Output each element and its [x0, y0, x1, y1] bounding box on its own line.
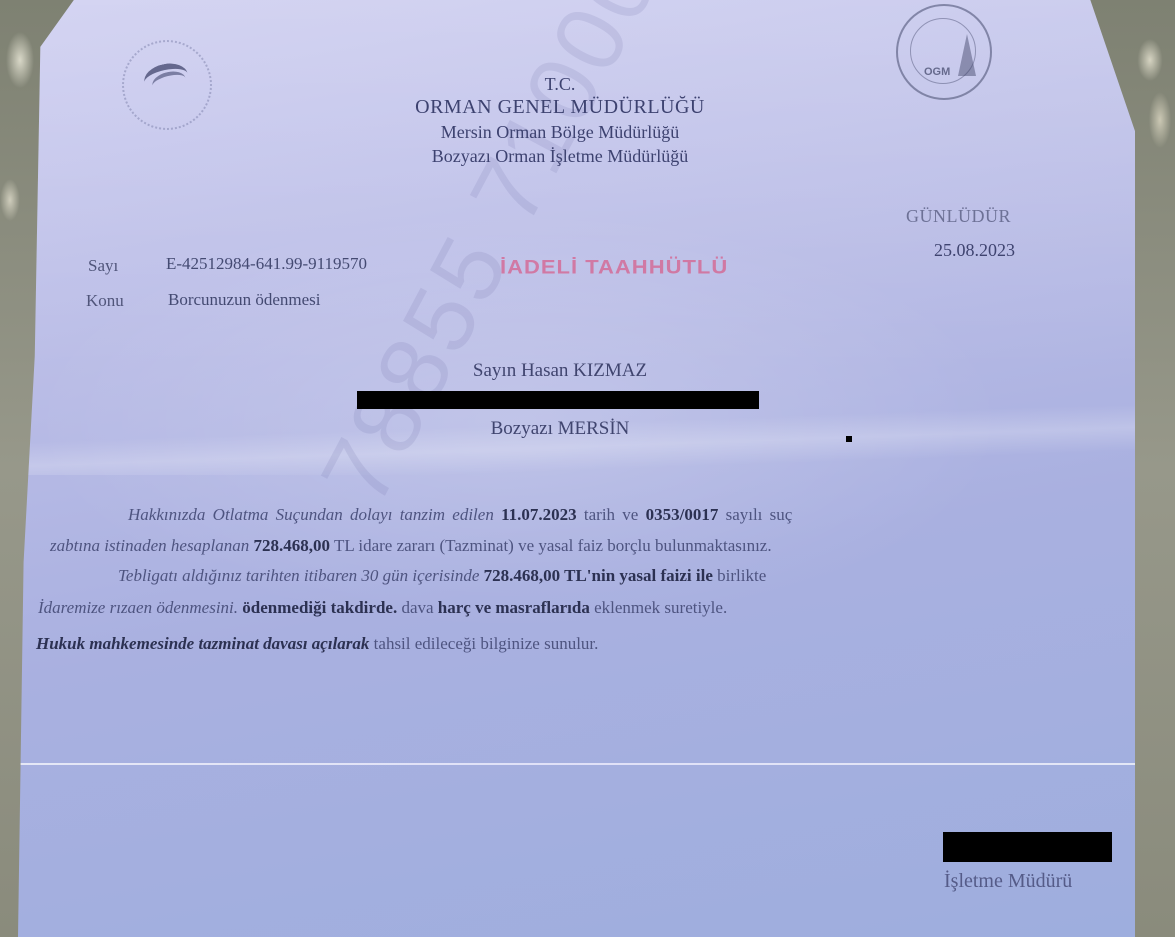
tree-icon — [958, 34, 976, 76]
body-text: sayılı suç — [718, 505, 792, 524]
letterhead-unit: Bozyazı Orman İşletme Müdürlüğü — [380, 146, 740, 167]
letterhead-country: T.C. — [380, 74, 740, 95]
body-line-4: İdaremize rızaen ödenmesini. ödenmediği … — [38, 598, 727, 618]
fees-clause: harç ve masraflarıda — [438, 598, 590, 617]
body-text: Tebligatı aldığınız tarihten itibaren 30… — [118, 566, 484, 585]
report-date: 11.07.2023 — [501, 505, 577, 524]
number-label: Sayı — [88, 256, 118, 276]
redaction-mark — [846, 436, 852, 442]
recipient-name: Sayın Hasan KIZMAZ — [340, 360, 780, 382]
recipient-city: Bozyazı MERSİN — [340, 418, 780, 440]
body-text: tahsil edileceği bilginize sunulur. — [369, 634, 598, 653]
body-text: birlikte — [713, 566, 766, 585]
non-payment-clause: ödenmediği takdirde. — [242, 598, 397, 617]
seal-text: OGM — [924, 66, 950, 78]
body-text: tarih ve — [577, 505, 646, 524]
body-line-3: Tebligatı aldığınız tarihten itibaren 30… — [118, 566, 766, 586]
body-line-5: Hukuk mahkemesinde tazminat davası açıla… — [36, 634, 598, 654]
registered-mail-stamp: İADELİ TAAHHÜTLÜ — [500, 255, 728, 278]
body-text: Hakkınızda Otlatma Suçundan dolayı tanzi… — [128, 505, 501, 524]
report-reference: 0353/0017 — [646, 505, 719, 524]
body-line-2: zabtına istinaden hesaplanan 728.468,00 … — [50, 536, 772, 556]
signatory-title: İşletme Müdürü — [944, 870, 1072, 893]
body-text: TL idare zararı (Tazminat) ve yasal faiz… — [330, 536, 772, 555]
body-text: eklenmek suretiyle. — [590, 598, 727, 617]
paper-fold-line — [18, 763, 1135, 765]
compensation-amount: 728.468,00 — [254, 536, 331, 555]
amount-with-interest: 728.468,00 TL'nin yasal faizi ile — [484, 566, 713, 585]
letterhead-organization: ORMAN GENEL MÜDÜRLÜĞÜ — [380, 96, 740, 119]
body-text: zabtına istinaden hesaplanan — [50, 536, 254, 555]
redacted-address — [357, 391, 759, 409]
document-number: E-42512984-641.99-9119570 — [166, 254, 367, 274]
redacted-signatory-name — [943, 832, 1112, 862]
ogm-seal-icon: OGM — [896, 4, 992, 100]
lawsuit-clause: Hukuk mahkemesinde tazminat davası açıla… — [36, 634, 369, 653]
document-subject: Borcunuzun ödenmesi — [168, 290, 321, 310]
body-line-1: Hakkınızda Otlatma Suçundan dolayı tanzi… — [128, 505, 792, 525]
subject-label: Konu — [86, 291, 124, 311]
body-text: İdaremize rızaen ödenmesini. — [38, 598, 242, 617]
ministry-logo-icon — [122, 40, 212, 130]
body-text: dava — [397, 598, 438, 617]
urgency-label: GÜNLÜDÜR — [906, 206, 1011, 227]
document-date: 25.08.2023 — [934, 240, 1015, 261]
letterhead-regional-office: Mersin Orman Bölge Müdürlüğü — [380, 122, 740, 143]
